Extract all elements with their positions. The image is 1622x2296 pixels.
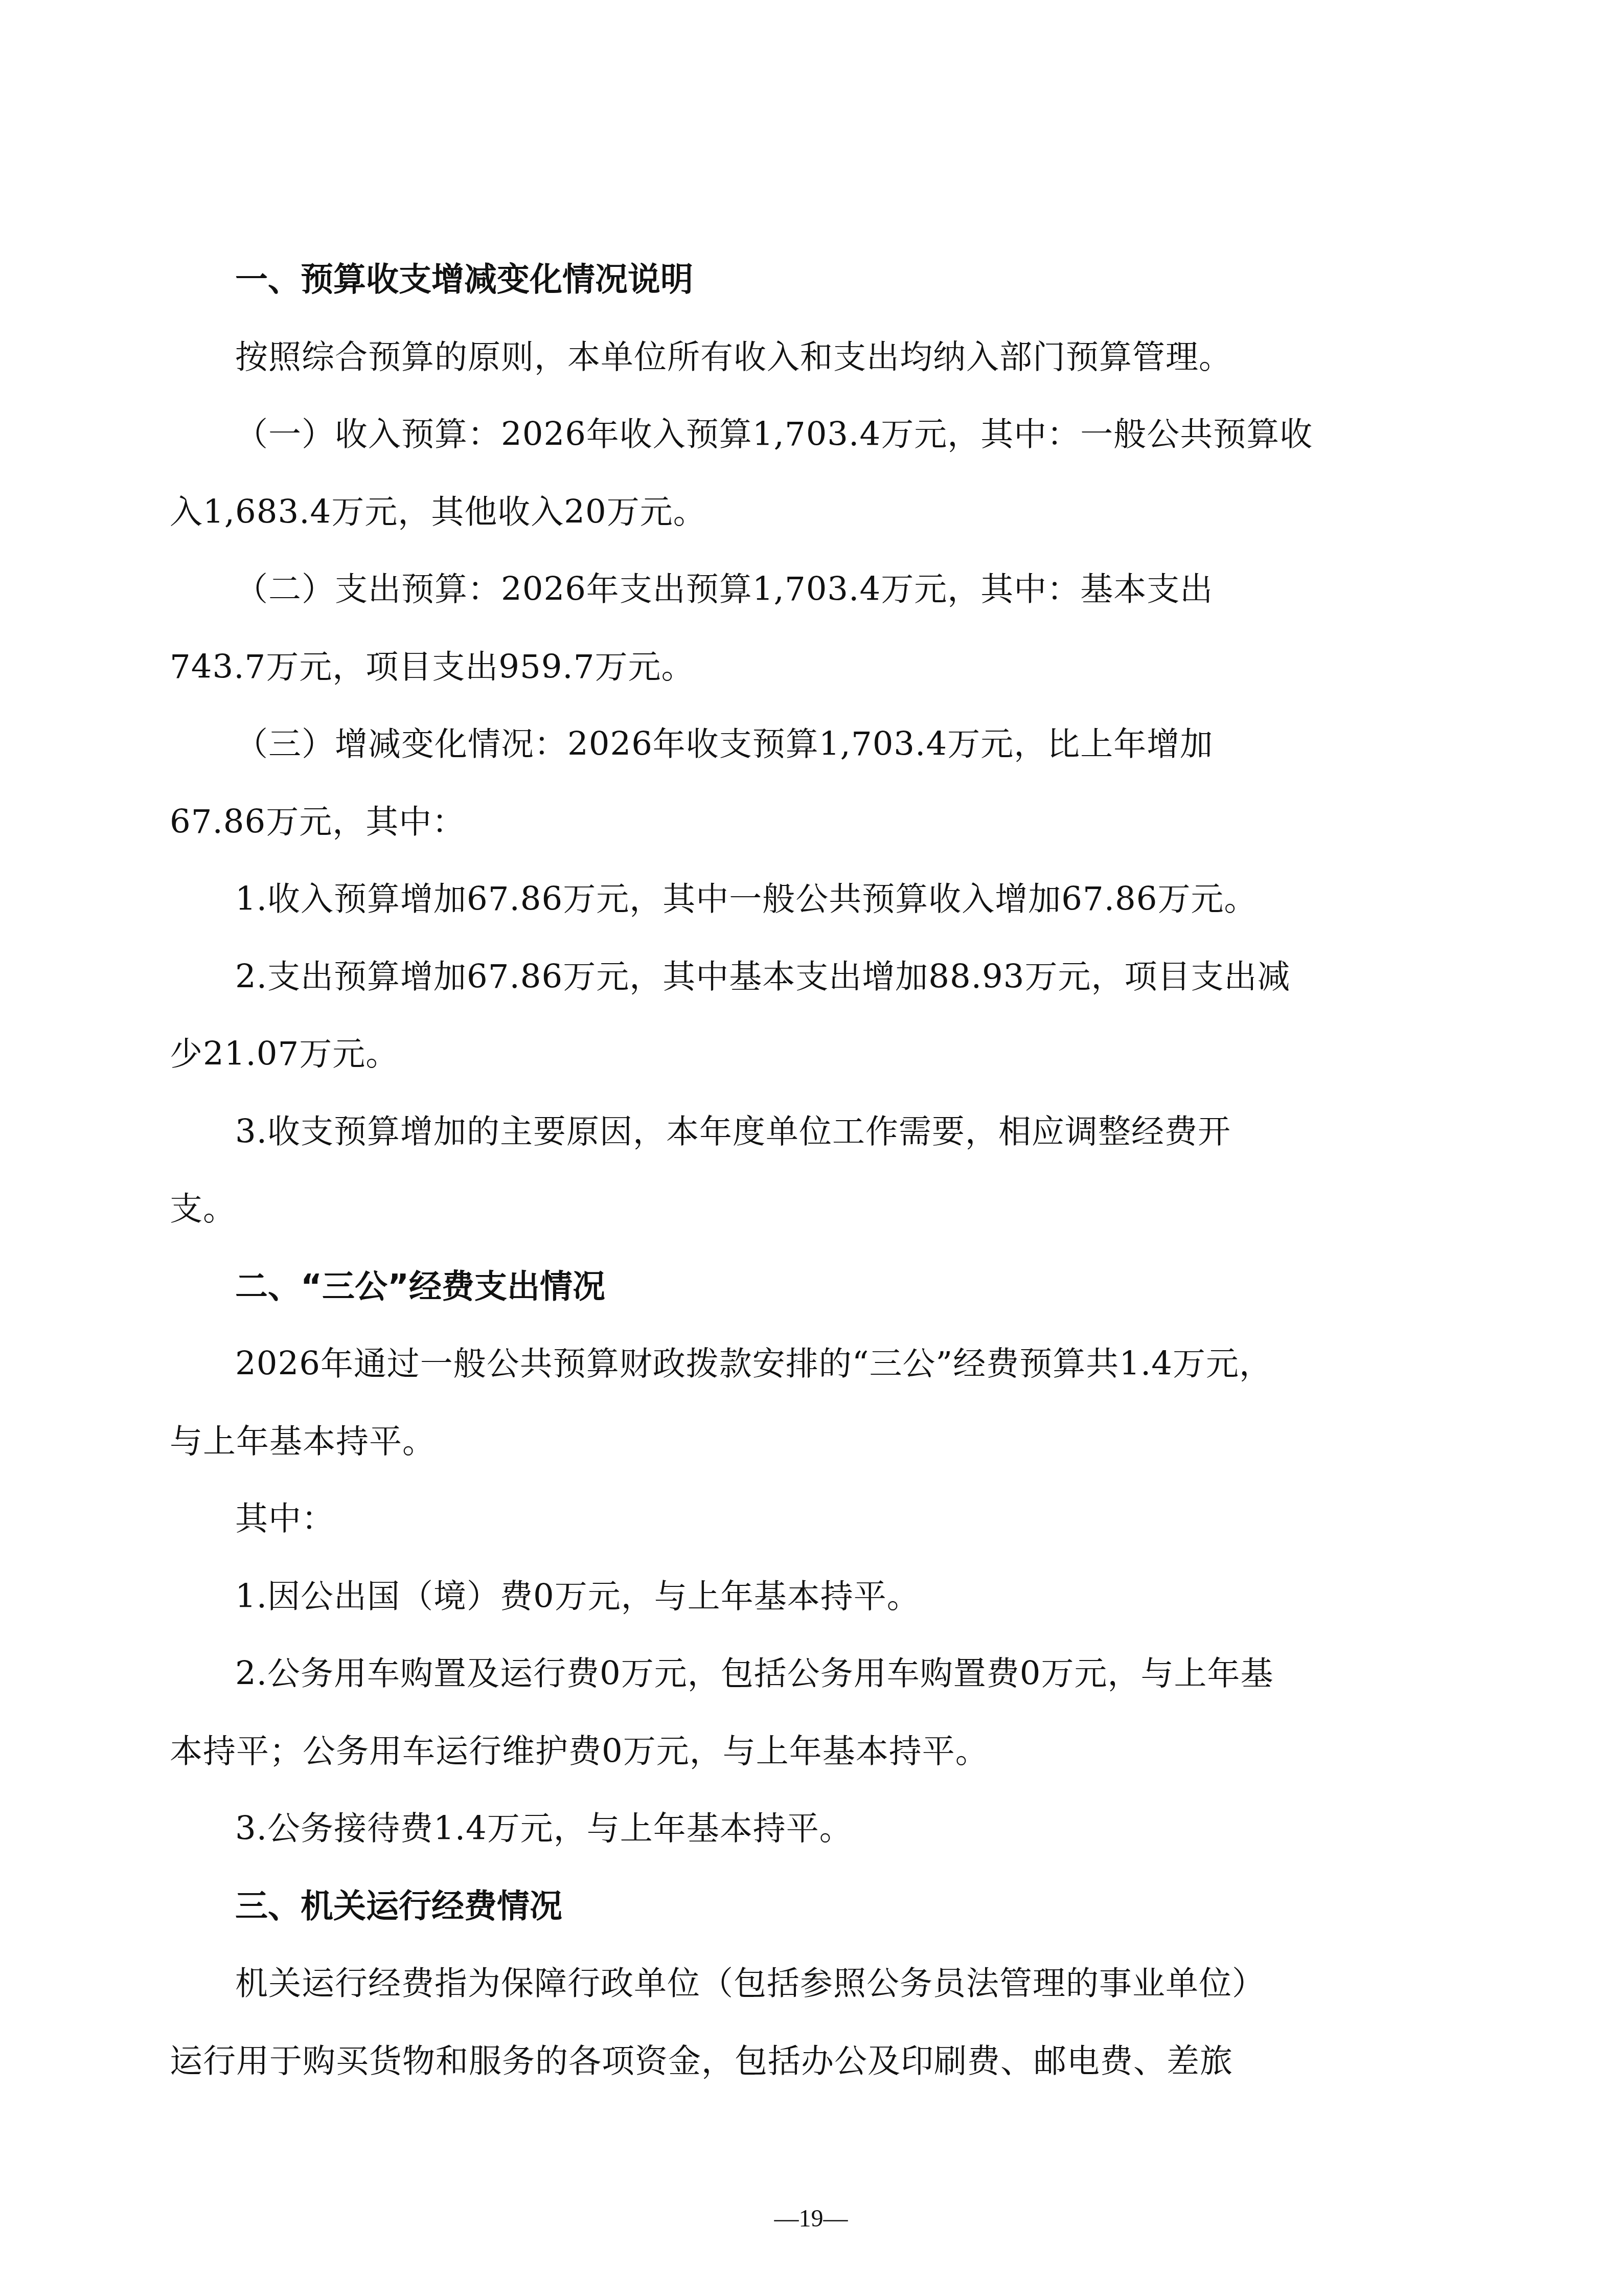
section-heading-operating-expenses: 三、机关运行经费情况 [170, 1868, 1458, 1946]
list-item-official-vehicles-cont: 本持平；公务用车运行维护费0万元，与上年基本持平。 [170, 1713, 1458, 1791]
document-page: 一、预算收支增减变化情况说明 按照综合预算的原则，本单位所有收入和支出均纳入部门… [0, 0, 1622, 2296]
paragraph-change-summary-cont: 67.86万元，其中： [170, 784, 1458, 861]
list-item-increase-reason-cont: 支。 [170, 1171, 1458, 1248]
document-body: 一、预算收支增减变化情况说明 按照综合预算的原则，本单位所有收入和支出均纳入部门… [170, 241, 1458, 2100]
paragraph-change-summary: （三）增减变化情况：2026年收支预算1,703.4万元，比上年增加 [170, 706, 1458, 784]
list-item-expenditure-increase-cont: 少21.07万元。 [170, 1016, 1458, 1094]
paragraph-operating-expenses-definition-cont: 运行用于购买货物和服务的各项资金，包括办公及印刷费、邮电费、差旅 [170, 2023, 1458, 2101]
paragraph-expenditure-budget: （二）支出预算：2026年支出预算1,703.4万元，其中：基本支出 [170, 551, 1458, 629]
paragraph-expenditure-budget-cont: 743.7万元，项目支出959.7万元。 [170, 629, 1458, 707]
list-item-expenditure-increase: 2.支出预算增加67.86万元，其中基本支出增加88.93万元，项目支出减 [170, 939, 1458, 1016]
section-heading-three-public-expenses: 二、“三公”经费支出情况 [170, 1248, 1458, 1326]
list-item-increase-reason: 3.收支预算增加的主要原因，本年度单位工作需要，相应调整经费开 [170, 1094, 1458, 1171]
page-number: —19— [0, 2201, 1622, 2237]
paragraph-three-public-total-cont: 与上年基本持平。 [170, 1403, 1458, 1481]
paragraph-principle: 按照综合预算的原则，本单位所有收入和支出均纳入部门预算管理。 [170, 319, 1458, 397]
list-item-overseas-travel: 1.因公出国（境）费0万元，与上年基本持平。 [170, 1558, 1458, 1636]
paragraph-income-budget: （一）收入预算：2026年收入预算1,703.4万元，其中：一般公共预算收 [170, 396, 1458, 474]
list-item-income-increase: 1.收入预算增加67.86万元，其中一般公共预算收入增加67.86万元。 [170, 861, 1458, 939]
paragraph-operating-expenses-definition: 机关运行经费指为保障行政单位（包括参照公务员法管理的事业单位） [170, 1945, 1458, 2023]
paragraph-three-public-total: 2026年通过一般公共预算财政拨款安排的“三公”经费预算共1.4万元， [170, 1326, 1458, 1403]
section-heading-budget-changes: 一、预算收支增减变化情况说明 [170, 241, 1458, 319]
paragraph-income-budget-cont: 入1,683.4万元，其他收入20万元。 [170, 474, 1458, 552]
list-item-official-reception: 3.公务接待费1.4万元，与上年基本持平。 [170, 1790, 1458, 1868]
paragraph-among-them: 其中： [170, 1481, 1458, 1558]
list-item-official-vehicles: 2.公务用车购置及运行费0万元，包括公务用车购置费0万元，与上年基 [170, 1635, 1458, 1713]
